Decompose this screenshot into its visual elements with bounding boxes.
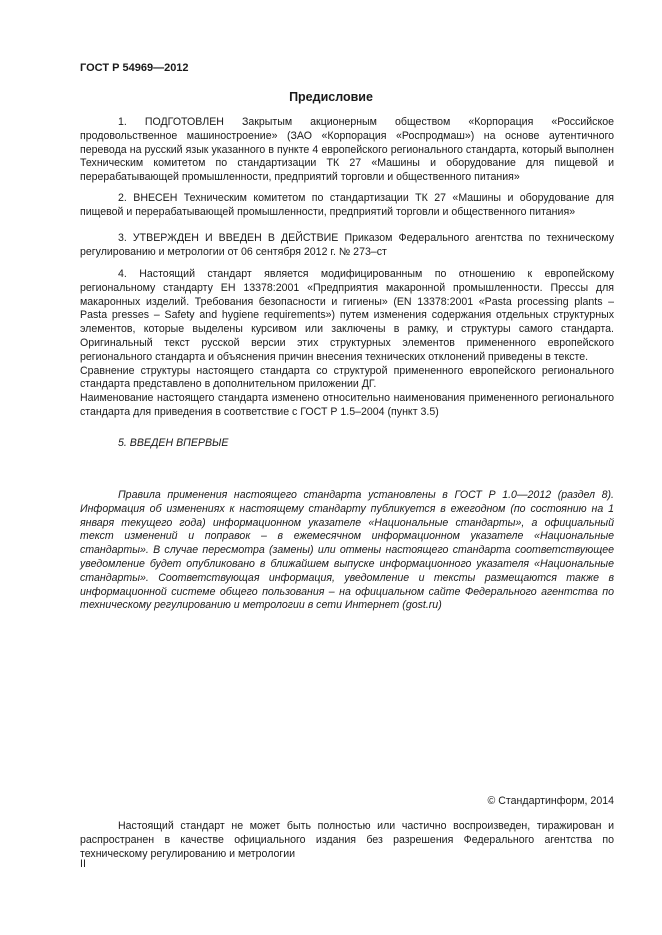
reproduction-notice-text: Настоящий стандарт не может быть полност…	[80, 820, 614, 860]
foreword-item-1: 1. ПОДГОТОВЛЕН Закрытым акционерным обще…	[80, 116, 614, 185]
rules-notice: Правила применения настоящего стандарта …	[80, 489, 614, 613]
rules-notice-text: Правила применения настоящего стандарта …	[80, 489, 614, 611]
foreword-item-4: 4. Настоящий стандарт является модифицир…	[80, 268, 614, 420]
foreword-item-text: 1. ПОДГОТОВЛЕН Закрытым акционерным обще…	[80, 116, 614, 183]
foreword-item-4-name-change: Наименование настоящего стандарта измене…	[80, 392, 614, 420]
foreword-item-2: 2. ВНЕСЕН Техническим комитетом по станд…	[80, 192, 614, 220]
foreword-item-text: 2. ВНЕСЕН Техническим комитетом по станд…	[80, 192, 614, 218]
page-number: II	[80, 858, 86, 870]
reproduction-notice: Настоящий стандарт не может быть полност…	[80, 820, 614, 861]
foreword-item-5: 5. ВВЕДЕН ВПЕРВЫЕ	[80, 437, 614, 451]
document-code: ГОСТ Р 54969—2012	[80, 62, 189, 74]
foreword-item-text: 3. УТВЕРЖДЕН И ВВЕДЕН В ДЕЙСТВИЕ Приказо…	[80, 232, 614, 258]
foreword-item-text: 5. ВВЕДЕН ВПЕРВЫЕ	[118, 437, 229, 449]
foreword-item-3: 3. УТВЕРЖДЕН И ВВЕДЕН В ДЕЙСТВИЕ Приказо…	[80, 232, 614, 260]
copyright: © Стандартинформ, 2014	[488, 795, 614, 807]
foreword-item-text: 4. Настоящий стандарт является модифицир…	[80, 268, 614, 363]
foreword-item-4-comparison: Сравнение структуры настоящего стандарта…	[80, 365, 614, 393]
page-title: Предисловие	[0, 90, 662, 104]
